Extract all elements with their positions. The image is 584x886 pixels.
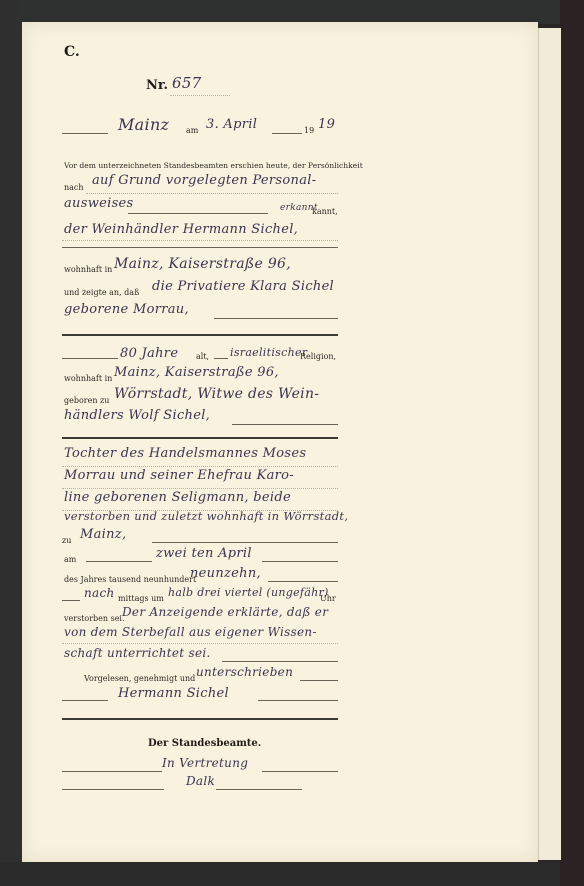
blank-rule — [128, 213, 268, 214]
blank-rule — [258, 700, 338, 701]
date-value: 3. April — [206, 117, 257, 132]
appearance-text: Vor dem unterzeichneten Standesbeamten e… — [64, 161, 363, 170]
identification-basis: auf Grund vorgelegten Personal- — [92, 173, 316, 188]
blank-rule — [216, 789, 302, 790]
death-year: neunzehn, — [190, 566, 261, 581]
wohnhaft-label: wohnhaft in — [64, 265, 112, 274]
birthplace: Wörrstadt, Witwe des Wein- — [114, 386, 319, 402]
place-value: Mainz — [118, 115, 169, 134]
line-guide — [62, 488, 338, 489]
verstorben-label: verstorben sei. — [64, 614, 125, 623]
blank-rule — [262, 561, 338, 562]
blank-rule — [86, 561, 152, 562]
am-label: am — [186, 126, 198, 135]
deceased-maiden-name: geborene Morrau, — [64, 302, 189, 317]
death-time: halb drei viertel (ungefähr) — [168, 586, 329, 599]
official-signature: Dalk — [186, 774, 215, 788]
informant-signature: Hermann Sichel — [118, 686, 229, 701]
deceased-name: die Privatiere Klara Sichel — [152, 279, 334, 294]
line-guide — [62, 240, 338, 241]
kannt-label: kannt, — [312, 207, 338, 216]
spouse: händlers Wolf Sichel, — [64, 408, 210, 423]
death-date: zwei ten April — [156, 546, 252, 561]
blank-rule — [232, 424, 338, 425]
entry-number: 657 — [172, 74, 202, 92]
vorgelesen-value: unterschrieben — [196, 665, 293, 679]
section-rule — [62, 437, 338, 439]
section-rule — [62, 718, 338, 720]
mittags-label: mittags um — [118, 594, 164, 603]
line-guide — [86, 193, 338, 194]
year-prefix: 19 — [304, 126, 314, 135]
deceased-religion: israelitischer — [230, 346, 307, 359]
number-underline — [170, 95, 230, 96]
death-place: Mainz, — [80, 527, 126, 542]
deceased-residence: Mainz, Kaiserstraße 96, — [114, 365, 279, 380]
form-letter: C. — [64, 44, 80, 60]
line-guide — [62, 466, 338, 467]
blank-rule — [62, 600, 80, 601]
blank-rule — [214, 318, 338, 319]
vorgelesen-label: Vorgelesen, genehmigt und — [84, 674, 195, 683]
vertretung-text: In Vertretung — [162, 756, 248, 770]
blank-rule — [62, 358, 118, 359]
section-rule — [62, 334, 338, 336]
scan-border-top — [0, 0, 584, 24]
blank-rule — [152, 542, 338, 543]
parents-line-3: line geborenen Seligmann, beide — [64, 490, 291, 505]
blank-rule — [268, 581, 338, 582]
blank-rule — [214, 358, 228, 359]
geboren-label: geboren zu — [64, 396, 109, 405]
parents-line-2: Morrau und seiner Ehefrau Karo- — [64, 468, 294, 483]
jahres-label: des Jahres tausend neunhundert — [64, 575, 196, 584]
page-fold-edge — [538, 28, 561, 860]
blank-rule — [62, 789, 164, 790]
informant-residence: Mainz, Kaiserstraße 96, — [114, 256, 291, 272]
statement-line-3: schaft unterrichtet sei. — [64, 646, 211, 660]
religion-label: Religion, — [300, 352, 336, 361]
identification-basis-cont: ausweises — [64, 196, 134, 211]
section-rule — [62, 247, 338, 248]
wohnhaft2-label: wohnhaft in — [64, 374, 112, 383]
blank-rule — [62, 700, 108, 701]
parents-line-4: verstorben und zuletzt wohnhaft in Wörrs… — [64, 509, 348, 523]
informant-name: der Weinhändler Hermann Sichel, — [64, 222, 298, 237]
uhr-label: Uhr — [320, 594, 336, 603]
time-prefix: nach — [84, 586, 115, 600]
year-suffix: 19 — [318, 117, 335, 132]
deceased-age: 80 Jahre — [120, 346, 178, 361]
scan-border-left — [0, 0, 22, 886]
blank-rule — [62, 771, 162, 772]
scan-border-right — [560, 0, 584, 886]
blank-rule — [300, 680, 338, 681]
statement-line-1: Der Anzeigende erklärte, daß er — [122, 605, 328, 619]
parents-line-1: Tochter des Handelsmannes Moses — [64, 446, 306, 461]
line-guide — [62, 643, 338, 644]
scan-border-bottom — [0, 862, 584, 886]
number-label: Nr. — [146, 78, 168, 93]
register-page — [22, 22, 538, 862]
place-rule — [62, 133, 108, 134]
am2-label: am — [64, 555, 76, 564]
zeigte-label: und zeigte an, daß — [64, 288, 139, 297]
zu-label: zu — [62, 536, 71, 545]
nach-label: nach — [64, 183, 84, 192]
statement-line-2: von dem Sterbefall aus eigener Wissen- — [64, 625, 317, 639]
standesbeamte-title: Der Standesbeamte. — [148, 738, 261, 749]
blank-rule — [262, 771, 338, 772]
blank-rule — [222, 661, 338, 662]
date-rule — [272, 133, 302, 134]
alt-label: alt, — [196, 352, 209, 361]
